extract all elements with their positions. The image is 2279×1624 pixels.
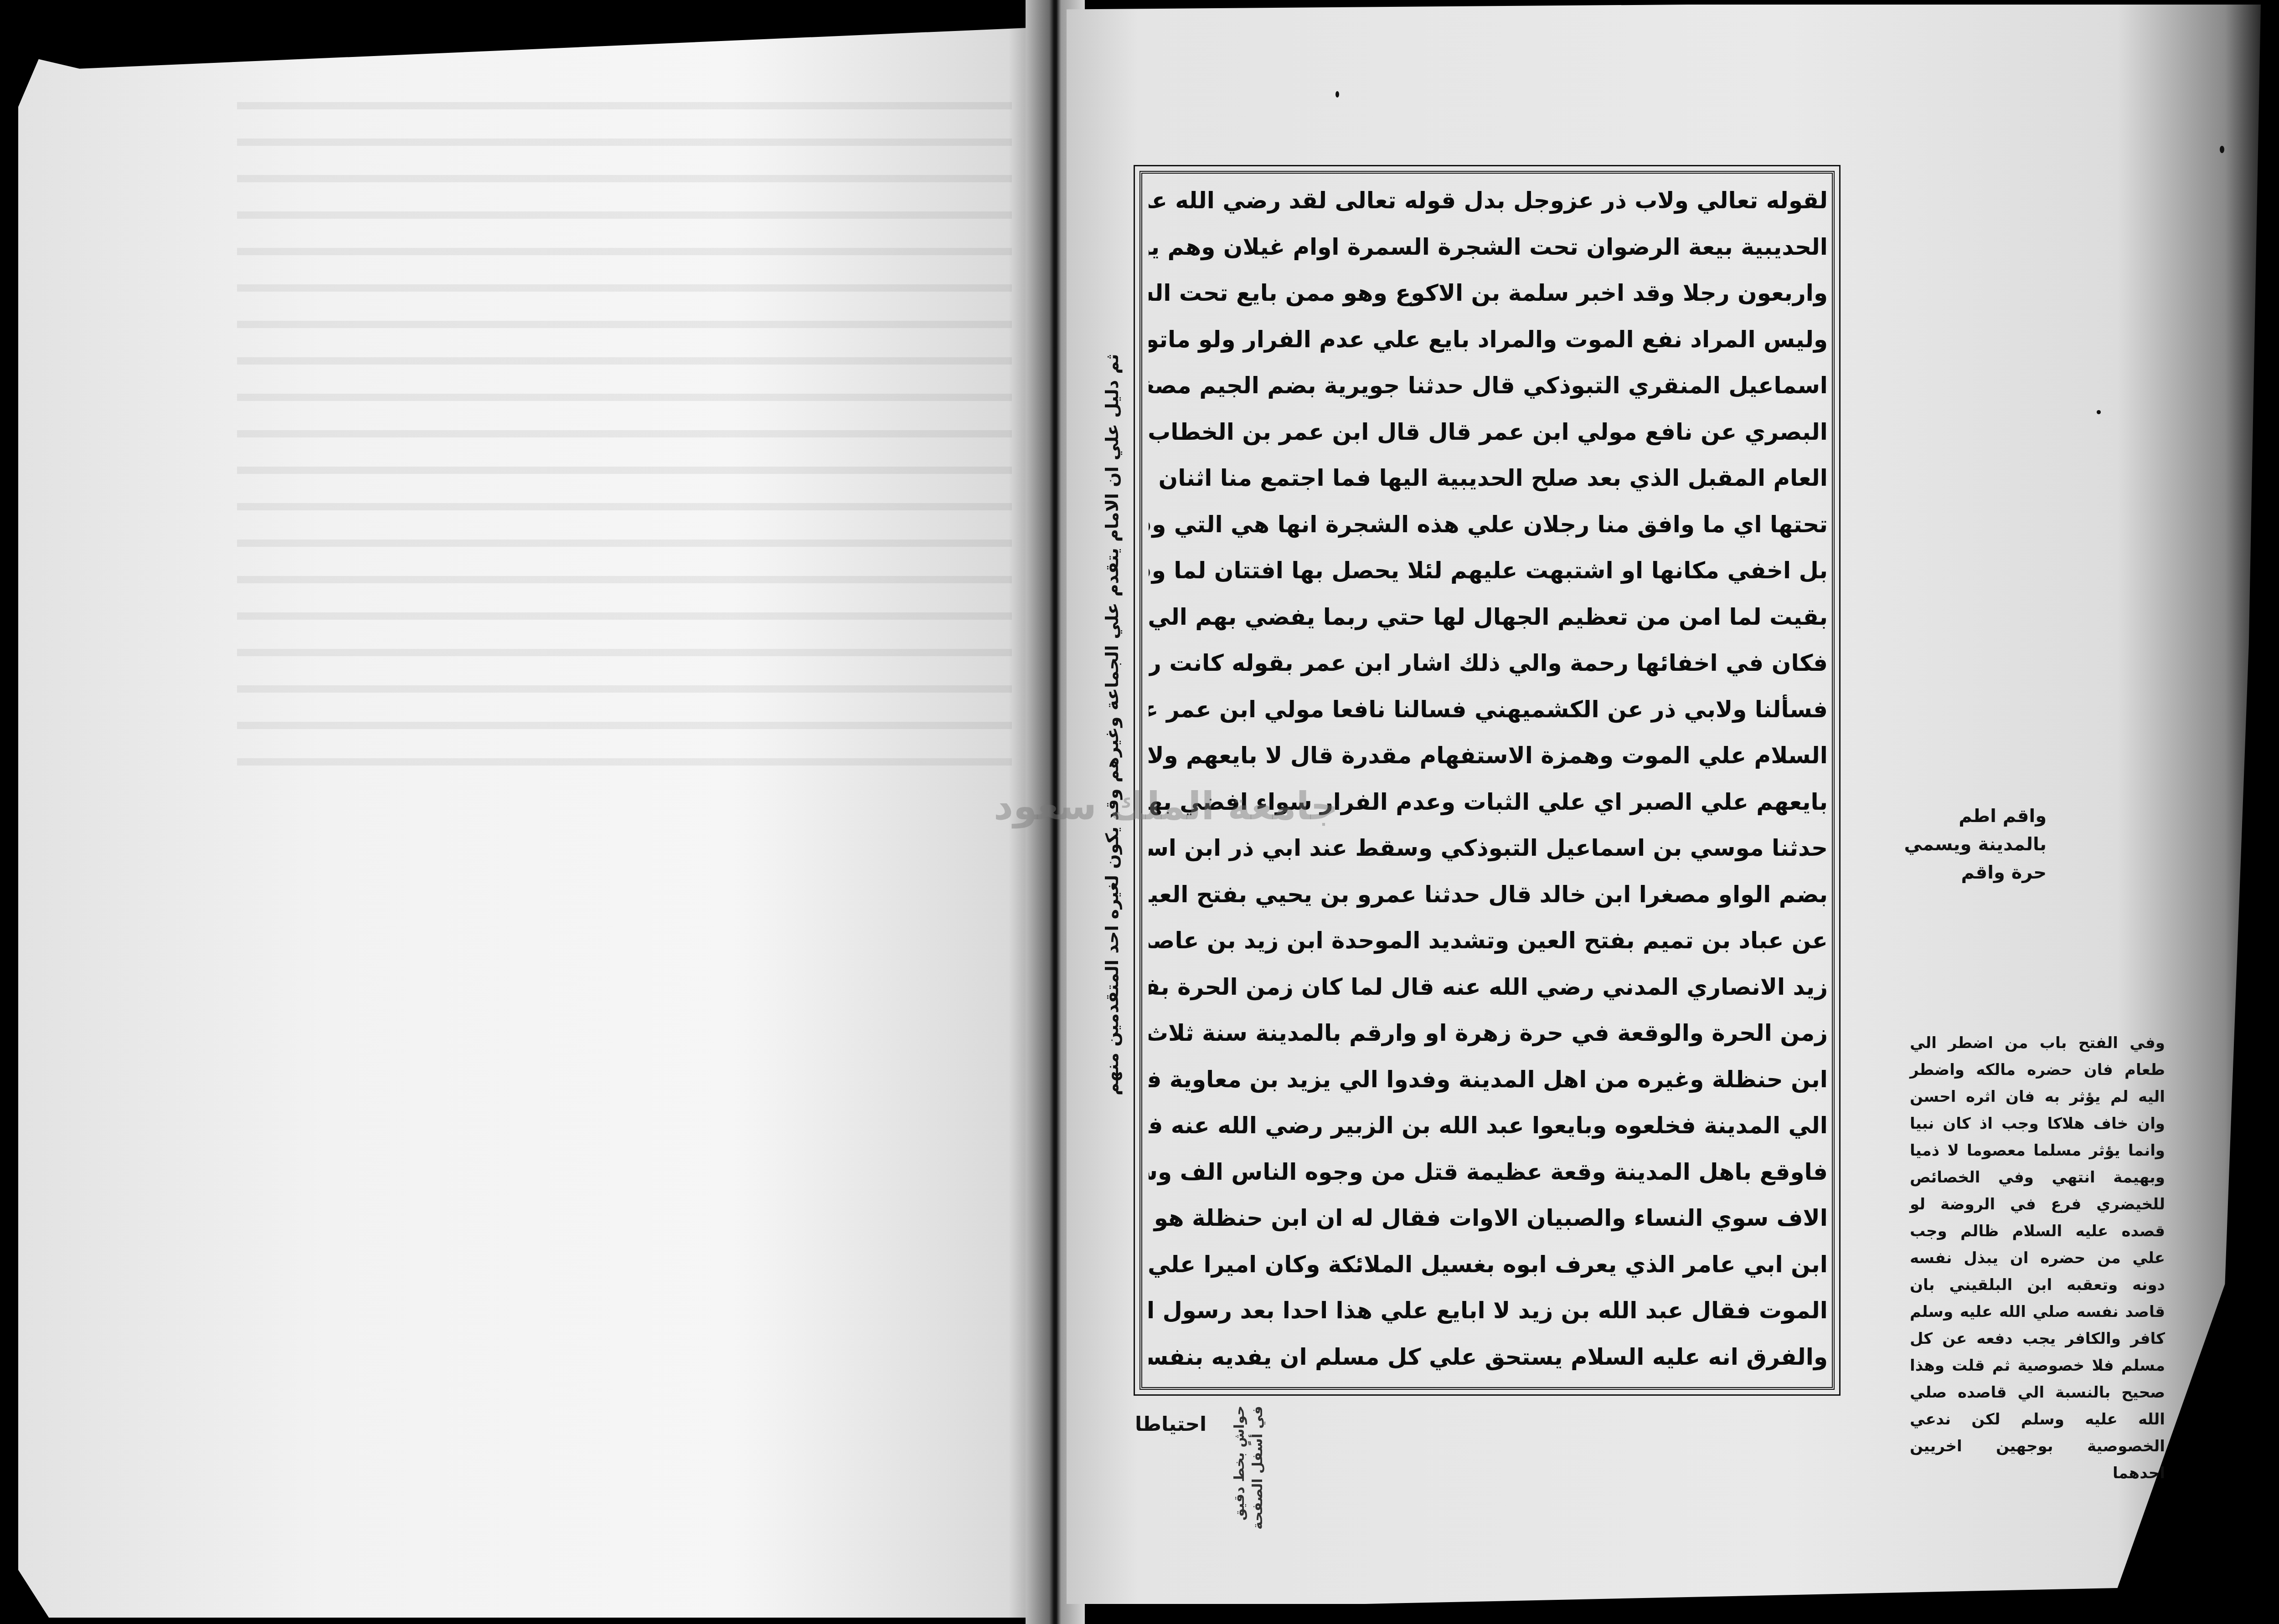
text-line: زمن الحرة والوقعة في حرة زهرة او وارقم ب… xyxy=(1149,1010,1828,1057)
text-line: الحديبية بيعة الرضوان تحت الشجرة السمرة … xyxy=(1149,224,1828,271)
catchword: احتياطا xyxy=(1135,1413,1207,1436)
text-line: فاوقع باهل المدينة وقعة عظيمة قتل من وجو… xyxy=(1149,1149,1828,1196)
text-line: ابن ابي عامر الذي يعرف ابوه بغسيل الملائ… xyxy=(1149,1242,1828,1288)
margin-note-waqim: واقم اطم بالمدينة ويسمي حرة واقم xyxy=(1896,802,2047,887)
text-line: فكان في اخفائها رحمة والي ذلك اشار ابن ع… xyxy=(1149,640,1828,687)
library-watermark: جامعة الملك سعود xyxy=(994,784,1338,828)
text-line: اسماعيل المنقري التبوذكي قال حدثنا جويري… xyxy=(1149,363,1828,409)
text-line: الموت فقال عبد الله بن زيد لا ابايع علي … xyxy=(1149,1288,1828,1334)
text-line: العام المقبل الذي بعد صلح الحديبية اليها… xyxy=(1149,455,1828,502)
text-line: واربعون رجلا وقد اخبر سلمة بن الاكوع وهو… xyxy=(1149,270,1828,317)
ink-speck xyxy=(2097,410,2101,414)
text-line: فسألنا ولابي ذر عن الكشميهني فسالنا نافع… xyxy=(1149,687,1828,733)
text-line: البصري عن نافع مولي ابن عمر قال قال ابن … xyxy=(1149,409,1828,456)
bleed-through-text xyxy=(237,82,1012,766)
text-line: عن عباد بن تميم بفتح العين وتشديد الموحد… xyxy=(1149,918,1828,964)
bottom-margin-notes: حواشٍ بخط دقيق في أسفل الصفحة xyxy=(1231,1406,1778,1533)
text-line: حدثنا موسي بن اسماعيل التبوذكي وسقط عند … xyxy=(1149,825,1828,872)
text-line: الاف سوي النساء والصبيان الاوات فقال له … xyxy=(1149,1195,1828,1242)
text-line: السلام علي الموت وهمزة الاستفهام مقدرة ق… xyxy=(1149,733,1828,779)
ink-speck xyxy=(2220,146,2224,153)
left-page xyxy=(18,27,1039,1618)
text-line: الي المدينة فخلعوه وبايعوا عبد الله بن ا… xyxy=(1149,1103,1828,1149)
text-line: لقوله تعالي ولاب ذر عزوجل بدل قوله تعالى… xyxy=(1149,178,1828,224)
text-line: بقيت لما امن من تعظيم الجهال لها حتي ربم… xyxy=(1149,594,1828,641)
text-line: بل اخفي مكانها او اشتبهت عليهم لئلا يحصل… xyxy=(1149,548,1828,594)
text-line: ابن حنظلة وغيره من اهل المدينة وفدوا الي… xyxy=(1149,1057,1828,1103)
text-line: والفرق انه عليه السلام يستحق علي كل مسلم… xyxy=(1149,1334,1828,1381)
text-line: وليس المراد نفع الموت والمراد بايع علي ع… xyxy=(1149,317,1828,363)
ink-speck xyxy=(1335,91,1339,98)
main-text-block: لقوله تعالي ولاب ذر عزوجل بدل قوله تعالى… xyxy=(1149,178,1828,1385)
text-line: بضم الواو مصغرا ابن خالد قال حدثنا عمرو … xyxy=(1149,872,1828,918)
margin-note-text: واقم اطم بالمدينة ويسمي حرة واقم xyxy=(1904,806,2047,883)
margin-note-commentary: وفي الفتح باب من اضطر الي طعام فان حضره … xyxy=(1910,1030,2165,1487)
text-line: زيد الانصاري المدني رضي الله عنه قال لما… xyxy=(1149,964,1828,1011)
text-line: تحتها اي ما وافق منا رجلان علي هذه الشجر… xyxy=(1149,502,1828,548)
